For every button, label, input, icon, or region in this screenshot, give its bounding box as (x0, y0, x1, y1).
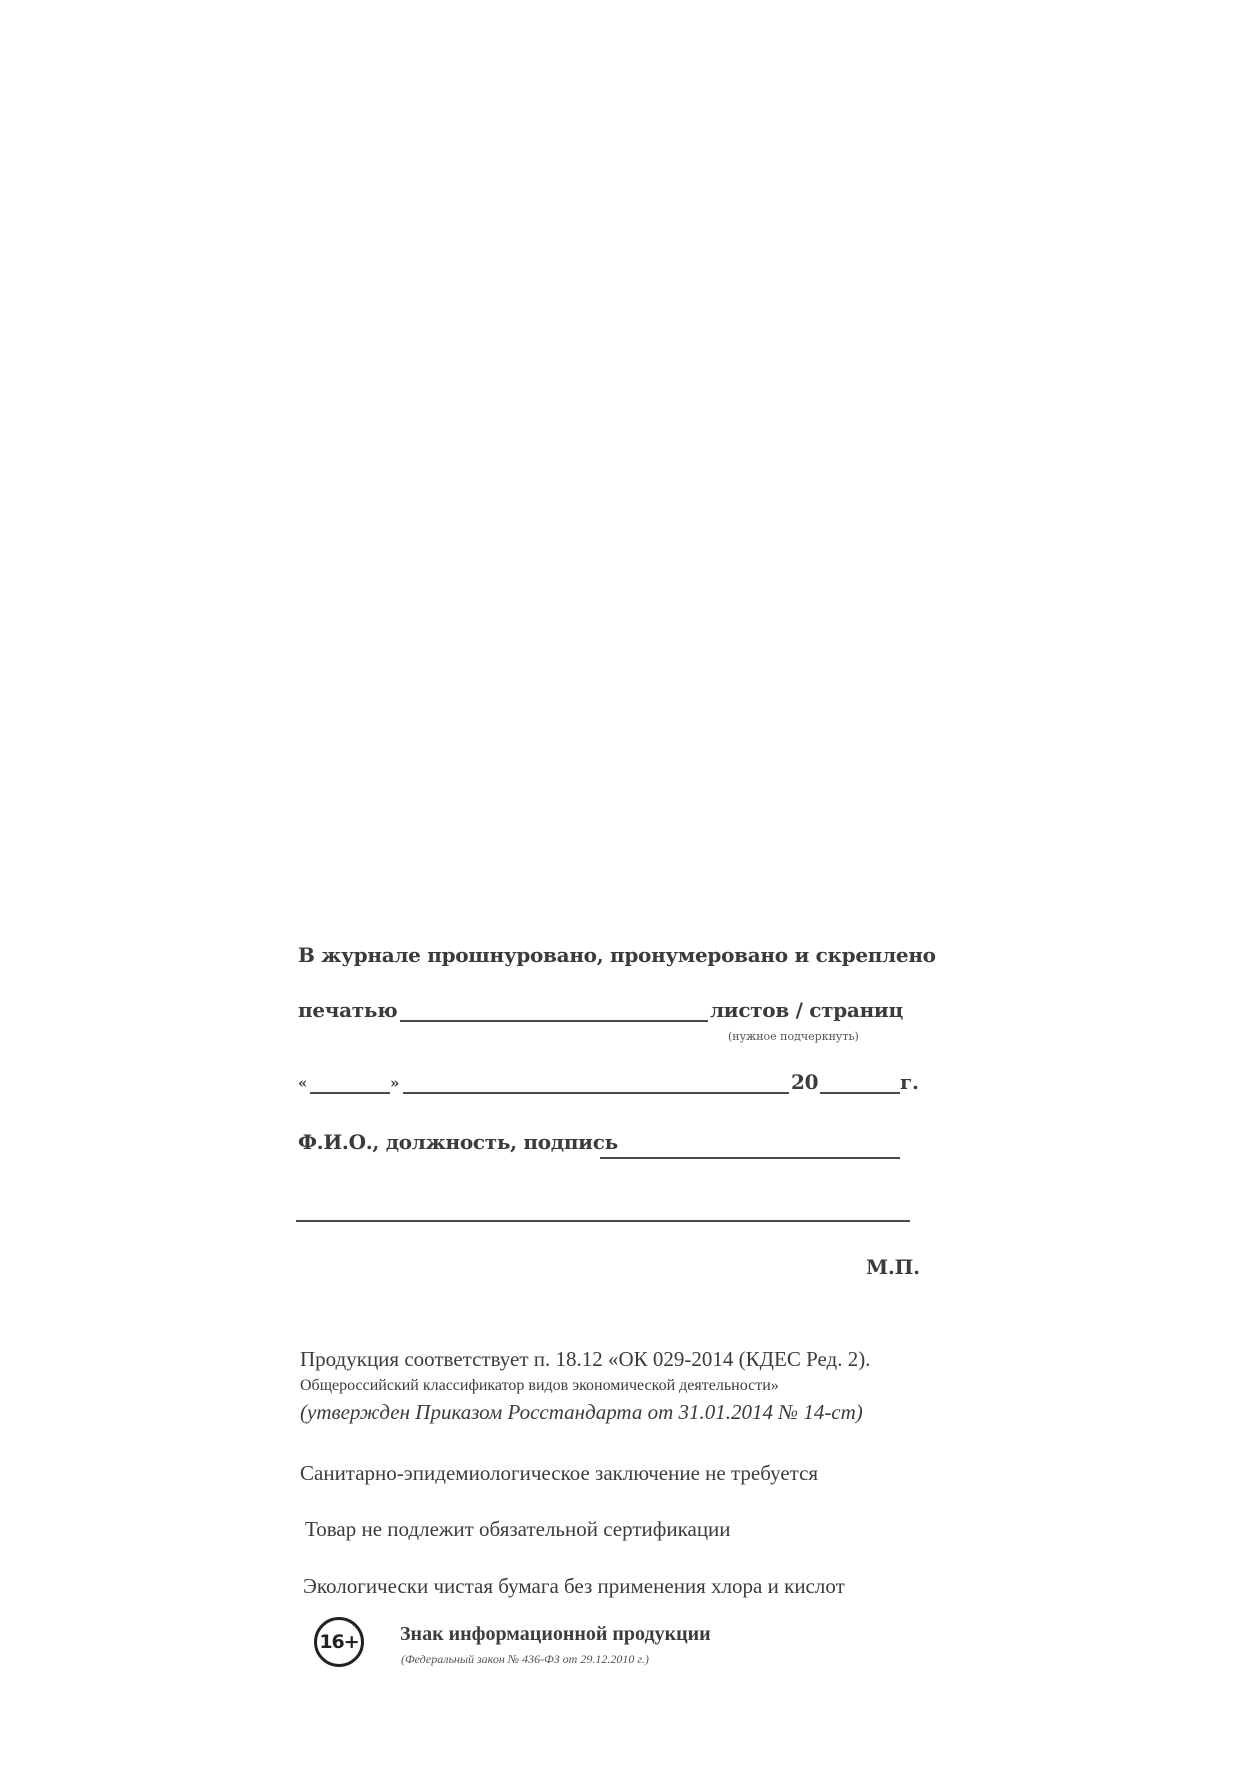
year-blank (820, 1092, 900, 1094)
compliance-line-3: (утвержден Приказом Росстандарта от 31.0… (300, 1400, 863, 1425)
certification-heading: В журнале прошнуровано, пронумеровано и … (298, 943, 936, 967)
compliance-line-2: Общероссийский классификатор видов эконо… (300, 1377, 779, 1395)
sheets-note: (нужное подчеркнуть) (728, 1030, 859, 1043)
age-rating-title: Знак информационной продукции (400, 1623, 711, 1646)
stamp-label: М.П. (866, 1255, 920, 1279)
age-rating-law: (Федеральный закон № 436-ФЗ от 29.12.201… (401, 1652, 649, 1667)
year-prefix: 20 (791, 1070, 818, 1094)
sanitary-statement: Санитарно-эпидемиологическое заключение … (300, 1461, 818, 1486)
certification-statement: Товар не подлежит обязательной сертифика… (305, 1517, 731, 1542)
age-rating-badge-icon: 16+ (314, 1617, 364, 1667)
signature-label: Ф.И.О., должность, подпись (298, 1130, 618, 1154)
month-blank (403, 1092, 789, 1094)
date-close-quote: » (390, 1074, 399, 1092)
signature-blank (600, 1157, 900, 1159)
sheets-count-blank (400, 1020, 708, 1022)
sheets-label: листов / страниц (710, 998, 903, 1022)
compliance-line-1: Продукция соответствует п. 18.12 «ОК 029… (300, 1347, 870, 1372)
year-suffix: г. (900, 1070, 919, 1094)
seal-label: печатью (298, 998, 397, 1022)
ecology-statement: Экологически чистая бумага без применени… (303, 1574, 845, 1599)
day-blank (310, 1092, 390, 1094)
date-open-quote: « (298, 1074, 307, 1092)
signature-second-line (296, 1220, 910, 1222)
